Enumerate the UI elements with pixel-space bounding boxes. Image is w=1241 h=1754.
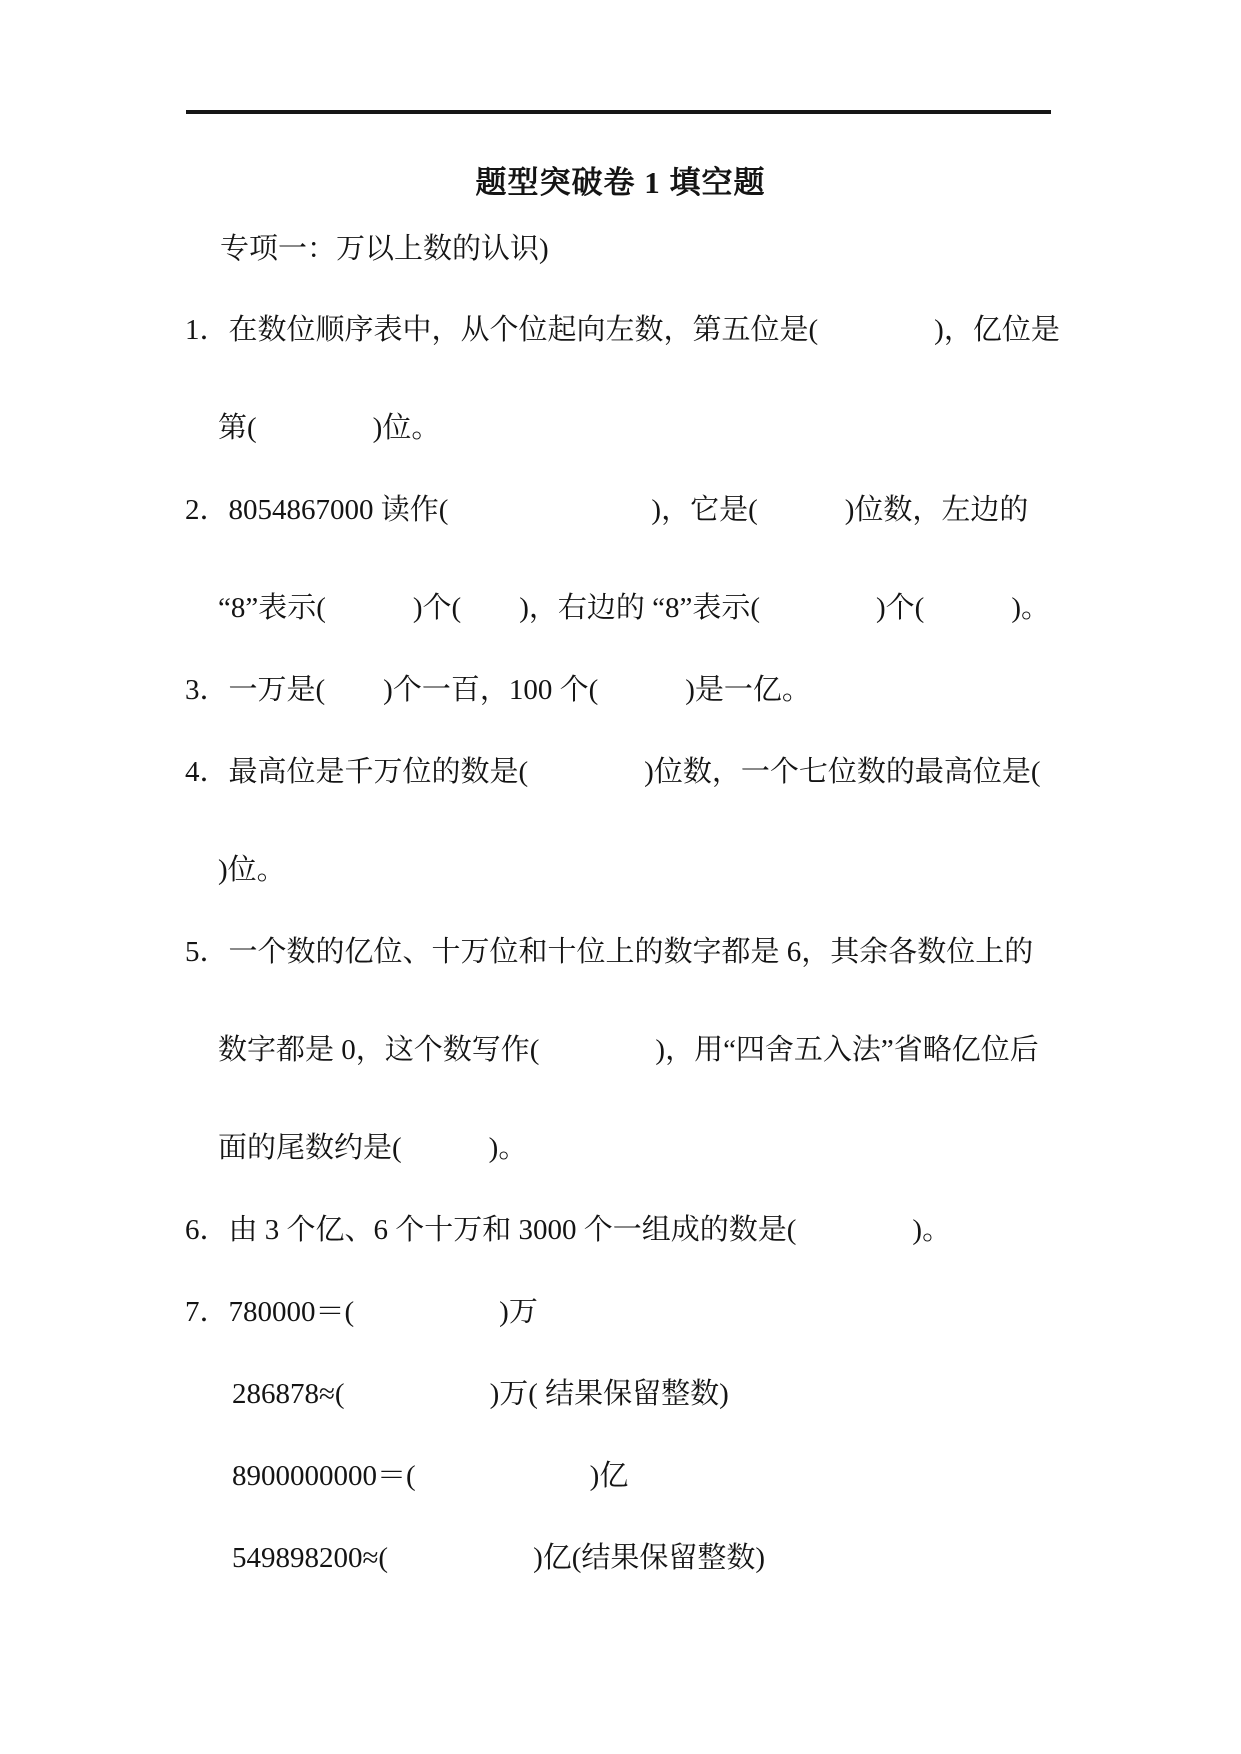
document-page: 题型突破卷 1 填空题 专项一：万以上数的认识) 1．在数位顺序表中，从个位起向… <box>0 0 1241 1754</box>
question-6-line-1: 6．由 3 个亿、6 个十万和 3000 个一组成的数是( )。 <box>185 1189 1085 1271</box>
question-5-line-2: 数字都是 0，这个数写作( )，用“四舍五入法”省略亿位后 <box>218 1009 1085 1091</box>
question-2-line-1: 2．8054867000 读作( )，它是( )位数，左边的 <box>185 469 1085 551</box>
question-7-line-4: 549898200≈( )亿(结果保留整数) <box>232 1517 1085 1599</box>
question-4-line-1: 4．最高位是千万位的数是( )位数，一个七位数的最高位是( <box>185 731 1085 813</box>
question-5-line-1: 5．一个数的亿位、十万位和十位上的数字都是 6，其余各数位上的 <box>185 911 1085 993</box>
page-title: 题型突破卷 1 填空题 <box>0 161 1241 205</box>
question-2-line-2: “8”表示( )个( )，右边的 “8”表示( )个( )。 <box>218 567 1085 649</box>
section-heading: 专项一：万以上数的认识) <box>220 227 549 271</box>
question-4-line-2: )位。 <box>218 829 1085 911</box>
question-5-line-3: 面的尾数约是( )。 <box>218 1107 1085 1189</box>
question-3-line-1: 3．一万是( )个一百，100 个( )是一亿。 <box>185 649 1085 731</box>
question-7-line-2: 286878≈( )万( 结果保留整数) <box>232 1353 1085 1435</box>
question-1-line-1: 1．在数位顺序表中，从个位起向左数，第五位是( )，亿位是 <box>185 289 1085 371</box>
questions-block: 1．在数位顺序表中，从个位起向左数，第五位是( )，亿位是 第( )位。 2．8… <box>185 289 1085 1599</box>
header-divider-rule <box>186 110 1051 114</box>
question-7-line-1: 7．780000＝( )万 <box>185 1271 1085 1353</box>
question-7-line-3: 8900000000＝( )亿 <box>232 1435 1085 1517</box>
question-1-line-2: 第( )位。 <box>218 387 1085 469</box>
